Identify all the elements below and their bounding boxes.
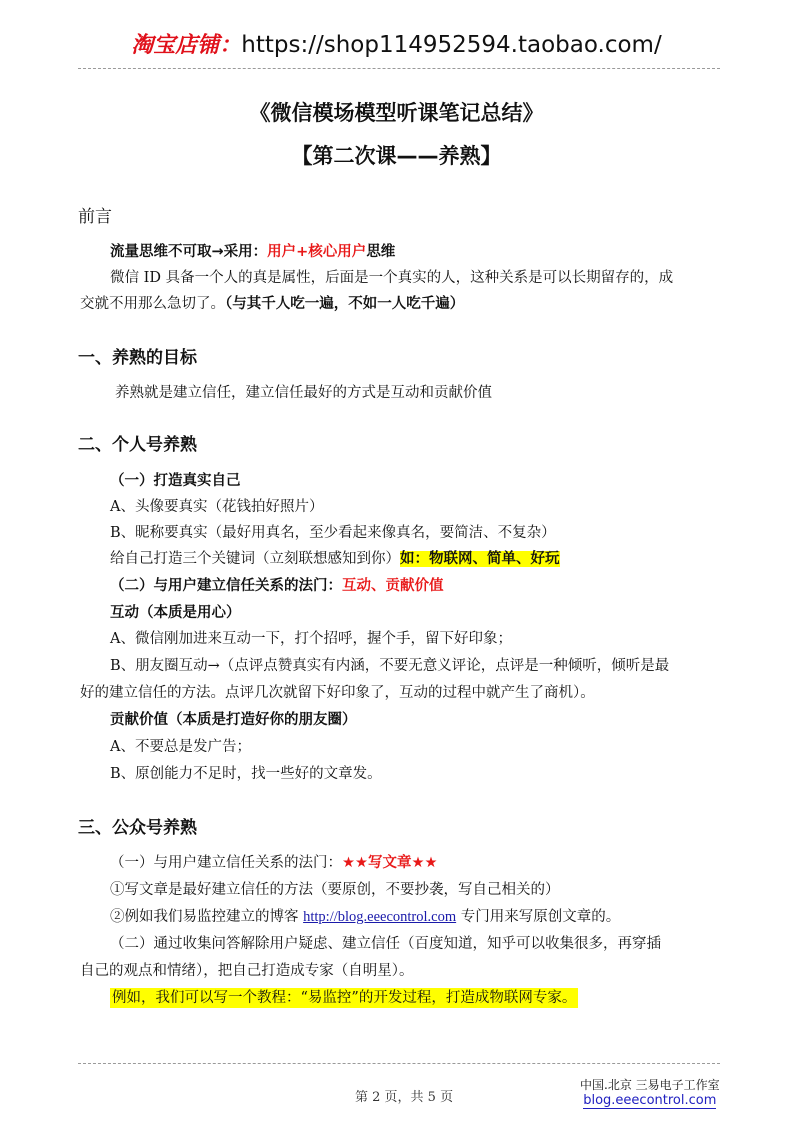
- section2-item-b: B、昵称要真实（最好用真名，至少看起来像真名，要简洁、不复杂）: [110, 523, 556, 543]
- section1-heading: 一、养熟的目标: [78, 343, 197, 368]
- shop-label: 淘宝店铺：: [131, 32, 241, 58]
- sub2-bold: （二）与用户建立信任关系的法门：: [110, 578, 342, 594]
- document-subtitle: 【第二次课——养熟】: [0, 140, 793, 170]
- section3-sub2-line1: （二）通过收集问答解除用户疑虑、建立信任（百度知道，知乎可以收集很多，再穿插: [110, 934, 661, 954]
- footer-divider: [78, 1063, 720, 1064]
- item2-post: 专门用来写原创文章的。: [456, 909, 620, 925]
- header-divider: [78, 68, 720, 69]
- section3-sub2-line2: 自己的观点和情绪），把自己打造成专家（自明星）。: [80, 961, 414, 981]
- interact-heading: 互动（本质是用心）: [110, 603, 241, 623]
- s3-sub1-text: （一）与用户建立信任关系的法门：: [110, 855, 342, 871]
- document-title: 《微信模场模型听课笔记总结》: [0, 97, 793, 127]
- s3-sub1-red: ★★写文章★★: [342, 855, 438, 871]
- value-item-b: B、原创能力不足时，找一些好的文章发。: [110, 764, 382, 784]
- section3-item2: ②例如我们易监控建立的博客 http://blog.eeecontrol.com…: [110, 907, 620, 927]
- section2-item-a: A、头像要真实（花钱拍好照片）: [110, 497, 323, 517]
- page-number: 第 2 页，共 5 页: [355, 1086, 453, 1105]
- interact-item-b-line1: B、朋友圈互动→（点评点赞真实有内涵，不要无意义评论，点评是一种倾听，倾听是最: [110, 656, 669, 676]
- section2-sub1: （一）打造真实自己: [110, 471, 241, 491]
- keywords-text: 给自己打造三个关键词（立刻联想感知到你）: [110, 551, 400, 567]
- preface-line1-red: 用户+核心用户: [267, 244, 366, 260]
- keywords-highlight: 如：物联网、简单、好玩: [400, 551, 560, 567]
- blog-link[interactable]: http://blog.eeecontrol.com: [303, 909, 456, 925]
- footer-credit: 中国.北京 三易电子工作室 blog.eeecontrol.com: [580, 1076, 720, 1109]
- shop-header: 淘宝店铺：https://shop114952594.taobao.com/: [0, 28, 793, 59]
- preface-line1: 流量思维不可取→采用：用户+核心用户思维: [110, 242, 395, 262]
- section2-keywords: 给自己打造三个关键词（立刻联想感知到你）如：物联网、简单、好玩: [110, 549, 560, 569]
- section3-sub1: （一）与用户建立信任关系的法门：★★写文章★★: [110, 853, 438, 873]
- preface-line1-tail: 思维: [366, 244, 395, 260]
- footer-org: 中国.北京 三易电子工作室: [580, 1076, 720, 1093]
- preface-line1-bold: 流量思维不可取→采用：: [110, 244, 267, 260]
- section3-heading: 三、公众号养熟: [78, 813, 197, 838]
- section3-item1: ①写文章是最好建立信任的方法（要原创，不要抄袭，写自己相关的）: [110, 880, 560, 900]
- section2-heading: 二、个人号养熟: [78, 430, 197, 455]
- interact-item-b-line2: 好的建立信任的方法。点评几次就留下好印象了，互动的过程中就产生了商机）。: [80, 683, 595, 703]
- shop-url[interactable]: https://shop114952594.taobao.com/: [241, 32, 661, 58]
- preface-para-bold: （与其千人吃一遍，不如一人吃千遍）: [225, 296, 464, 312]
- section3-example: 例如，我们可以写一个教程：“易监控”的开发过程，打造成物联网专家。: [110, 988, 578, 1008]
- sub2-red: 互动、贡献价值: [342, 578, 444, 594]
- interact-item-a: A、微信刚加进来互动一下，打个招呼，握个手，留下好印象；: [110, 629, 512, 649]
- value-item-a: A、不要总是发广告；: [110, 737, 251, 757]
- item2-pre: ②例如我们易监控建立的博客: [110, 909, 303, 925]
- footer-site-link[interactable]: blog.eeecontrol.com: [583, 1093, 716, 1109]
- preface-para-line2: 交就不用那么急切了。（与其千人吃一遍，不如一人吃千遍）: [80, 294, 464, 314]
- section1-text: 养熟就是建立信任，建立信任最好的方式是互动和贡献价值: [115, 383, 492, 403]
- preface-para-text: 交就不用那么急切了。: [80, 296, 225, 312]
- value-heading: 贡献价值（本质是打造好你的朋友圈）: [110, 710, 357, 730]
- preface-heading: 前言: [78, 202, 112, 227]
- section2-sub2: （二）与用户建立信任关系的法门：互动、贡献价值: [110, 576, 444, 596]
- preface-para-line1: 微信 ID 具备一个人的真是属性，后面是一个真实的人，这种关系是可以长期留存的，…: [110, 268, 673, 288]
